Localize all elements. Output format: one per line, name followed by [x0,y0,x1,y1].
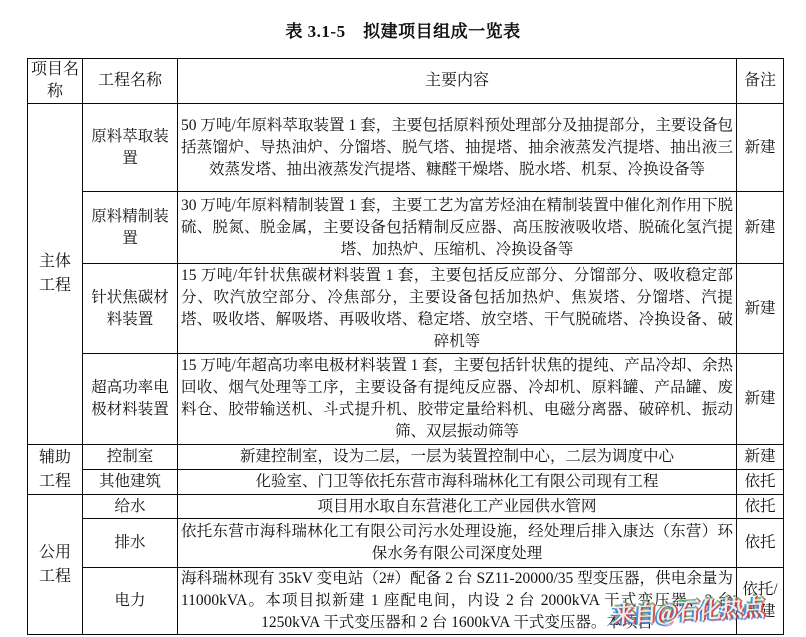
table-row: 辅助工程 控制室 新建控制室，设为二层，一层为装置控制中心，二层为调度中心 新建 [28,445,784,470]
table-row: 排水 依托东营市海科瑞林化工有限公司污水处理设施，经处理后排入康达（东营）环保水… [28,519,784,568]
group-label: 辅助工程 [38,446,72,494]
cell-remark: 新建 [737,354,784,445]
cell-remark: 依托 [737,519,784,568]
cell-main-content: 50 万吨/年原料萃取装置 1 套，主要包括原料预处理部分及抽提部分，主要设备包… [178,104,737,192]
project-components-table: 项目名称 工程名称 主要内容 备注 主体工程 原料萃取装置 50 万吨/年原料萃… [27,58,784,635]
group-label: 公用工程 [38,541,72,589]
document-title: 表 3.1-5 拟建项目组成一览表 [0,17,806,42]
table-row: 超高功率电极材料装置 15 万吨/年超高功率电极材料装置 1 套，主要包括针状焦… [28,354,784,445]
cell-engineering-name: 原料精制装置 [83,192,178,264]
page: { "title": "表 3.1-5 拟建项目组成一览表", "table":… [0,0,806,637]
cell-engineering-name: 原料萃取装置 [83,104,178,192]
cell-remark: 依托/新建 [737,568,784,635]
table-row: 针状焦碳材料装置 15 万吨/年针状焦碳材料装置 1 套，主要包括反应部分、分馏… [28,264,784,354]
table-row: 其他建筑 化验室、门卫等依托东营市海科瑞林化工有限公司现有工程 依托 [28,470,784,495]
cell-main-content: 15 万吨/年针状焦碳材料装置 1 套，主要包括反应部分、分馏部分、吸收稳定部分… [178,264,737,354]
cell-main-content: 依托东营市海科瑞林化工有限公司污水处理设施，经处理后排入康达（东营）环保水务有限… [178,519,737,568]
cell-main-content: 化验室、门卫等依托东营市海科瑞林化工有限公司现有工程 [178,470,737,495]
cell-main-content: 新建控制室，设为二层，一层为装置控制中心，二层为调度中心 [178,445,737,470]
cell-engineering-name: 其他建筑 [83,470,178,495]
table-row: 原料精制装置 30 万吨/年原料精制装置 1 套，主要工艺为富芳烃油在精制装置中… [28,192,784,264]
cell-remark: 依托 [737,470,784,495]
header-main-content: 主要内容 [178,59,737,104]
table-row: 公用工程 给水 项目用水取自东营港化工产业园供水管网 依托 [28,495,784,519]
cell-engineering-name: 给水 [83,495,178,519]
cell-engineering-name: 超高功率电极材料装置 [83,354,178,445]
cell-main-content: 15 万吨/年超高功率电极材料装置 1 套，主要包括针状焦的提纯、产品冷却、余热… [178,354,737,445]
cell-main-content: 项目用水取自东营港化工产业园供水管网 [178,495,737,519]
group-cell-main-works: 主体工程 [28,104,83,445]
cell-remark: 新建 [737,192,784,264]
cell-engineering-name: 控制室 [83,445,178,470]
cell-remark: 新建 [737,104,784,192]
header-engineering-name: 工程名称 [83,59,178,104]
group-label: 主体工程 [38,250,72,298]
header-remarks: 备注 [737,59,784,104]
header-project-category: 项目名称 [28,59,83,104]
table-row: 主体工程 原料萃取装置 50 万吨/年原料萃取装置 1 套，主要包括原料预处理部… [28,104,784,192]
cell-remark: 新建 [737,445,784,470]
cell-engineering-name: 针状焦碳材料装置 [83,264,178,354]
table-header-row: 项目名称 工程名称 主要内容 备注 [28,59,784,104]
cell-engineering-name: 排水 [83,519,178,568]
group-cell-utility-works: 公用工程 [28,495,83,635]
table-row: 电力 海科瑞林现有 35kV 变电站（2#）配备 2 台 SZ11-20000/… [28,568,784,635]
cell-remark: 新建 [737,264,784,354]
group-cell-auxiliary-works: 辅助工程 [28,445,83,495]
cell-engineering-name: 电力 [83,568,178,635]
cell-main-content: 30 万吨/年原料精制装置 1 套，主要工艺为富芳烃油在精制装置中催化剂作用下脱… [178,192,737,264]
cell-remark: 依托 [737,495,784,519]
cell-main-content: 海科瑞林现有 35kV 变电站（2#）配备 2 台 SZ11-20000/35 … [178,568,737,635]
